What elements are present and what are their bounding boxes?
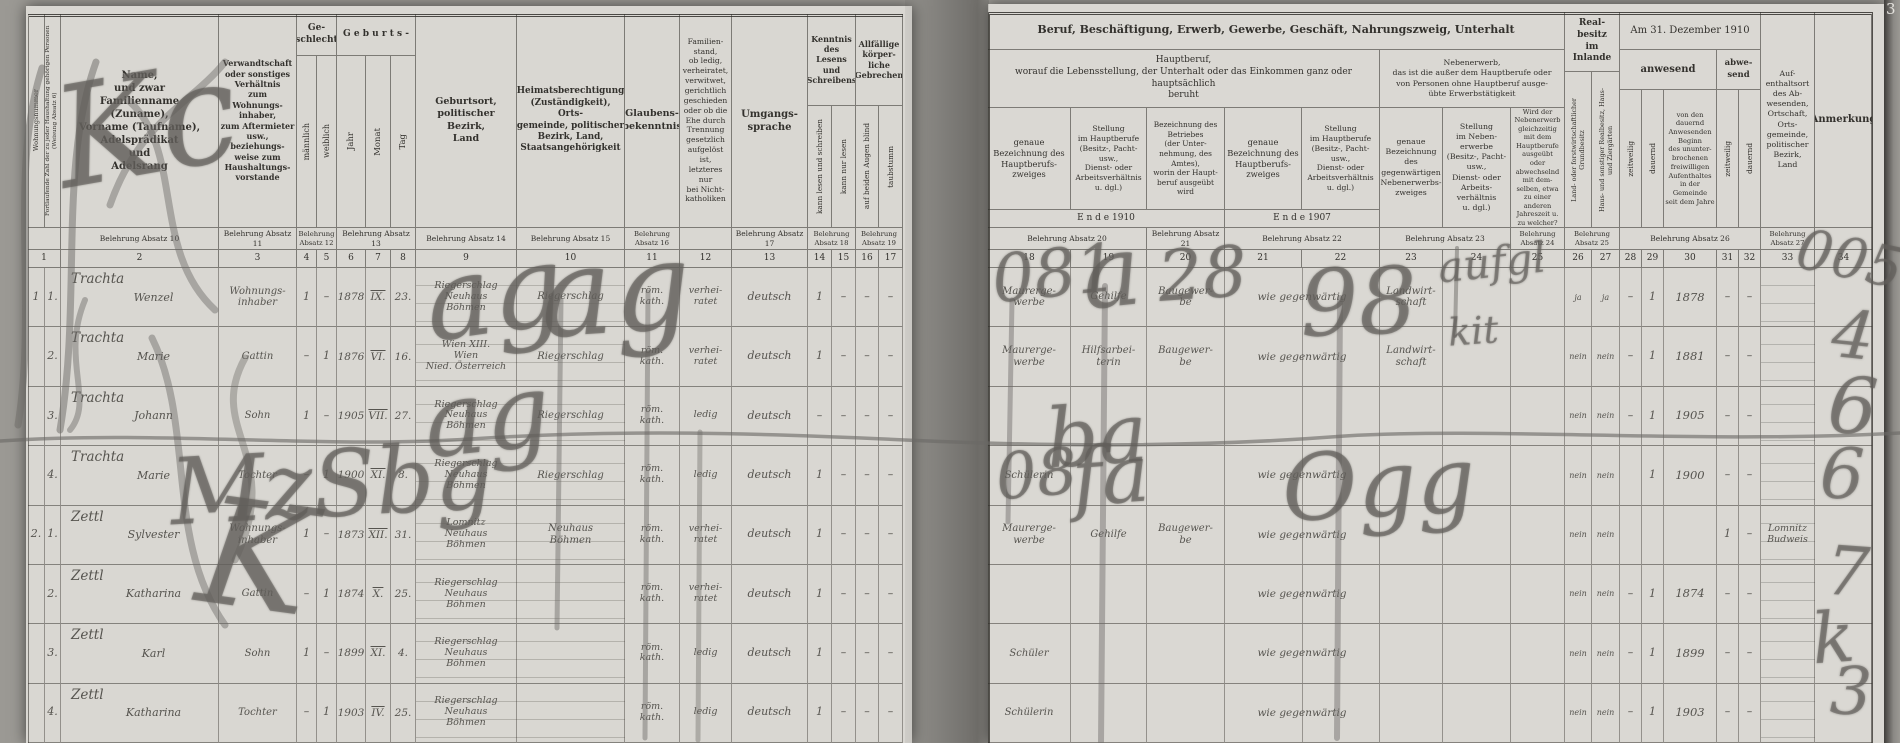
col24-header: Stellung im Neben- erwerbe (Besitz-, Pac… <box>1443 108 1511 228</box>
cell-c18 <box>988 565 1071 624</box>
cell-c18: Schülerin <box>988 446 1071 505</box>
cell-pnr: 2. <box>45 327 61 386</box>
cell-wnr <box>28 684 45 743</box>
col-weiblich-header: weiblich <box>317 56 337 228</box>
belehrung-cell: Belehrung Absatz 23 <box>1380 228 1511 250</box>
familienname: Zettl <box>71 688 218 704</box>
cell-c29: 1 <box>1642 565 1664 624</box>
cell-c16: – <box>856 565 879 624</box>
column-number: 4 <box>297 250 317 268</box>
geburtsmonat: IV. <box>371 707 384 719</box>
col-maennlich-header: männlich <box>297 56 317 228</box>
cell-c29: 1 <box>1642 327 1664 386</box>
cell-c28: – <box>1620 565 1642 624</box>
cell-monat: XII. <box>366 506 391 565</box>
cell-c32: – <box>1739 624 1761 683</box>
cell-c14: 1 <box>808 327 832 386</box>
cell-c33 <box>1761 624 1815 683</box>
cell-c26: nein <box>1565 446 1592 505</box>
cell-verw: Gattin <box>219 327 297 386</box>
cell-pnr: 3. <box>45 624 61 683</box>
cell-c17: – <box>879 327 903 386</box>
cell-stand: verhei- ratet <box>680 506 732 565</box>
col27-header: Haus- und sonstiger Realbesitz, Haus- un… <box>1592 72 1620 228</box>
group-kenntnis-header: Kenntnis des Lesens und Schreibens <box>808 14 856 106</box>
cell-gebort: Riegerschlag Neuhaus Böhmen <box>416 268 517 327</box>
column-number: 31 <box>1717 250 1739 268</box>
belehrung-cell: Belehrung Absatz 13 <box>337 228 416 250</box>
col33-header: Auf- enthaltsort des Ab- wesenden, Ortsc… <box>1761 12 1815 228</box>
column-number: 11 <box>625 250 680 268</box>
geburtsmonat: XI. <box>371 469 386 481</box>
cell-heimat <box>517 624 625 683</box>
cell-stand: ledig <box>680 624 732 683</box>
col-heimatsberechtigung-header: Heimatsberechtigung (Zuständigkeit), Ort… <box>517 14 625 228</box>
familienname: Zettl <box>71 510 218 526</box>
cell-name: ZettlSylvester <box>61 506 219 565</box>
cell-c24 <box>1443 327 1511 386</box>
cell-glauben: röm. kath. <box>625 624 680 683</box>
belehrung-cell: Belehrung Absatz 14 <box>416 228 517 250</box>
column-number: 15 <box>832 250 856 268</box>
cell-c33: Lomnitz Budweis <box>1761 506 1815 565</box>
cell-c31: – <box>1717 387 1739 446</box>
cell-c32: – <box>1739 327 1761 386</box>
cell-c19: Hilfsarbei- terin <box>1071 327 1147 386</box>
vorname: Katharina <box>71 707 218 720</box>
cell-c23 <box>1380 565 1443 624</box>
anwesend-header: anwesend <box>1620 50 1717 90</box>
cell-c24 <box>1443 446 1511 505</box>
cell-jahr: 1905 <box>337 387 366 446</box>
belehrung-cell: Belehrung Absatz 25 <box>1565 228 1620 250</box>
group-geburts-header: G e b u r t s - <box>337 14 416 56</box>
cell-c25 <box>1511 327 1565 386</box>
cell-c30: 1874 <box>1664 565 1717 624</box>
cell-c24 <box>1443 387 1511 446</box>
cell-c2122: wie gegenwärtig <box>1225 268 1380 327</box>
cell-c27: nein <box>1592 506 1620 565</box>
cell-c17: – <box>879 268 903 327</box>
cell-jahr: 1873 <box>337 506 366 565</box>
cell-pnr: 4. <box>45 446 61 505</box>
monat-label: Monat <box>373 128 384 156</box>
col-verwandtschaft-header: Verwandtschaft oder sonstiges Verhältnis… <box>219 14 297 228</box>
cell-c19: Gehilfe <box>1071 506 1147 565</box>
column-number: 16 <box>856 250 879 268</box>
belehrung-cell <box>680 228 732 250</box>
abwesend-dauernd-label: dauernd <box>1745 143 1754 174</box>
cell-c27: nein <box>1592 624 1620 683</box>
belehrung-cell: Belehrung Absatz 26 <box>1620 228 1761 250</box>
belehrung-cell: Belehrung Absatz 17 <box>732 228 808 250</box>
cell-c25 <box>1511 387 1565 446</box>
cell-jahr: 1899 <box>337 624 366 683</box>
cell-c14: – <box>808 387 832 446</box>
vorname: Johann <box>71 410 218 423</box>
cell-c2122 <box>1225 387 1380 446</box>
cell-tag: 8. <box>391 446 416 505</box>
col23-header: genaue Bezeichnung des gegenwärtigen Neb… <box>1380 108 1443 228</box>
vorname: Sylvester <box>71 529 218 542</box>
cell-m: 1 <box>297 506 317 565</box>
page-number: 3 <box>1886 0 1896 18</box>
cell-c14: 1 <box>808 446 832 505</box>
cell-pnr: 3. <box>45 387 61 446</box>
cell-c30: 1903 <box>1664 684 1717 743</box>
cell-tag: 25. <box>391 684 416 743</box>
cell-c34 <box>1815 565 1873 624</box>
col-jahr-header: Jahr <box>337 56 366 228</box>
cell-c16: – <box>856 624 879 683</box>
cell-c26: nein <box>1565 506 1592 565</box>
col32-header: dauernd <box>1739 90 1761 228</box>
belehrung-cell: Belehrung Absatz 18 <box>808 228 856 250</box>
cell-m: – <box>297 327 317 386</box>
column-number: 13 <box>732 250 808 268</box>
cell-tag: 23. <box>391 268 416 327</box>
cell-c19 <box>1071 565 1147 624</box>
anwesend-dauernd-label: dauernd <box>1648 143 1657 174</box>
cell-wnr <box>28 387 45 446</box>
cell-c19 <box>1071 446 1147 505</box>
column-number: 8 <box>391 250 416 268</box>
cell-verw: Tochter <box>219 446 297 505</box>
column-divider <box>1302 387 1303 445</box>
column-number: 33 <box>1761 250 1815 268</box>
cell-glauben: röm. kath. <box>625 327 680 386</box>
belehrung-cell: Belehrung Absatz 12 <box>297 228 337 250</box>
cell-m: 1 <box>297 387 317 446</box>
column-divider <box>1302 327 1303 385</box>
cell-sprache: deutsch <box>732 506 808 565</box>
cell-c30: 1905 <box>1664 387 1717 446</box>
cell-pnr: 1. <box>45 268 61 327</box>
belehrung-cell: Belehrung Absatz 21 <box>1147 228 1225 250</box>
column-divider <box>1302 506 1303 564</box>
cell-wnr <box>28 624 45 683</box>
cell-glauben: röm. kath. <box>625 446 680 505</box>
wohnungsnummer-label: Wohnungsnummer <box>32 89 40 151</box>
column-number: 18 <box>988 250 1071 268</box>
cell-w: 1 <box>317 565 337 624</box>
cell-gebort: Riegerschlag Neuhaus Böhmen <box>416 624 517 683</box>
cell-c14: 1 <box>808 565 832 624</box>
column-number: 17 <box>879 250 903 268</box>
cell-c34 <box>1815 684 1873 743</box>
cell-c30: 1899 <box>1664 624 1717 683</box>
geburtsmonat: VII. <box>368 410 387 422</box>
cell-c14: 1 <box>808 624 832 683</box>
cell-sprache: deutsch <box>732 387 808 446</box>
cell-m: – <box>297 684 317 743</box>
cell-c16: – <box>856 327 879 386</box>
cell-c28: – <box>1620 268 1642 327</box>
cell-c18: Schüler <box>988 624 1071 683</box>
cell-wnr <box>28 565 45 624</box>
ende-1910-header: E n d e 1910 <box>988 210 1225 228</box>
cell-c33 <box>1761 327 1815 386</box>
cell-verw: Sohn <box>219 387 297 446</box>
group-geschlecht-header: Ge- schlecht <box>297 14 337 56</box>
cell-c28 <box>1620 506 1642 565</box>
column-number: 22 <box>1302 250 1380 268</box>
familienname: Trachta <box>71 391 218 407</box>
col-taubstumm-header: taubstumm <box>879 106 903 228</box>
cell-c30: 1881 <box>1664 327 1717 386</box>
cell-c29: 1 <box>1642 387 1664 446</box>
cell-heimat: Riegerschlag <box>517 327 625 386</box>
kann-nur-lesen-label: kann nur lesen <box>839 139 848 194</box>
geburtsmonat: X. <box>373 588 384 600</box>
cell-c24 <box>1443 684 1511 743</box>
familienname: Trachta <box>71 450 218 466</box>
cell-c14: 1 <box>808 268 832 327</box>
column-number: 9 <box>416 250 517 268</box>
cell-c25 <box>1511 446 1565 505</box>
cell-c31: – <box>1717 446 1739 505</box>
cell-c29: 1 <box>1642 268 1664 327</box>
cell-c31: – <box>1717 565 1739 624</box>
cell-heimat <box>517 565 625 624</box>
familienname: Zettl <box>71 628 218 644</box>
cell-c28: – <box>1620 684 1642 743</box>
cell-c32: – <box>1739 446 1761 505</box>
column-number: 3 <box>219 250 297 268</box>
cell-c33 <box>1761 387 1815 446</box>
cell-w: – <box>317 624 337 683</box>
cell-tag: 4. <box>391 624 416 683</box>
cell-wnr: 1 <box>28 268 45 327</box>
column-number: 29 <box>1642 250 1664 268</box>
vorname: Wenzel <box>71 292 218 305</box>
cell-heimat <box>517 684 625 743</box>
cell-c30: 1900 <box>1664 446 1717 505</box>
cell-c27: nein <box>1592 684 1620 743</box>
cell-c2122: wie gegenwärtig <box>1225 684 1380 743</box>
realbesitz-header: Real- besitz im Inlande <box>1565 12 1620 72</box>
cell-c18: Maurerge- werbe <box>988 327 1071 386</box>
vorname: Marie <box>71 470 218 483</box>
beruf-band-header: Beruf, Beschäftigung, Erwerb, Gewerbe, G… <box>988 12 1565 50</box>
cell-w: 1 <box>317 684 337 743</box>
cell-c33 <box>1761 446 1815 505</box>
cell-c20 <box>1147 624 1225 683</box>
cell-c23: Landwirt- schaft <box>1380 268 1443 327</box>
col22-header: Stellung im Hauptberufe (Besitz-, Pacht-… <box>1302 108 1380 210</box>
cell-monat: VII. <box>366 387 391 446</box>
cell-c27: ja <box>1592 268 1620 327</box>
cell-glauben: röm. kath. <box>625 506 680 565</box>
column-number: 20 <box>1147 250 1225 268</box>
personenzahl-label: Fortlaufende Zahl der zu jeder Haushaltu… <box>45 15 59 226</box>
cell-c15: – <box>832 268 856 327</box>
cell-c34 <box>1815 387 1873 446</box>
geburtsmonat: XI. <box>371 647 386 659</box>
cell-c23 <box>1380 624 1443 683</box>
group-gebrechen-header: Allfällige körper- liche Gebrechen <box>856 14 903 106</box>
cell-c20: Baugewer- be <box>1147 268 1225 327</box>
vorname: Katharina <box>71 588 218 601</box>
cell-c31: – <box>1717 624 1739 683</box>
cell-sprache: deutsch <box>732 684 808 743</box>
column-number: 34 <box>1815 250 1873 268</box>
cell-c34 <box>1815 624 1873 683</box>
nebenerwerb-band-header: Nebenerwerb, das ist die außer dem Haupt… <box>1380 50 1565 108</box>
column-number: 19 <box>1071 250 1147 268</box>
cell-gebort: Riegerschlag Neuhaus Böhmen <box>416 565 517 624</box>
column-number: 6 <box>337 250 366 268</box>
cell-gebort: Riegerschlag Neuhaus Böhmen <box>416 684 517 743</box>
cell-c34 <box>1815 268 1873 327</box>
cell-c15: – <box>832 684 856 743</box>
cell-c33 <box>1761 684 1815 743</box>
anwesend-zeitweilig-label: zeitweilig <box>1626 141 1635 177</box>
col-blind-header: auf beiden Augen blind <box>856 106 879 228</box>
cell-pnr: 2. <box>45 565 61 624</box>
cell-c20 <box>1147 684 1225 743</box>
geburtsmonat: VI. <box>370 351 385 363</box>
cell-c23 <box>1380 387 1443 446</box>
column-number: 30 <box>1664 250 1717 268</box>
cell-c16: – <box>856 506 879 565</box>
cell-c16: – <box>856 684 879 743</box>
col21-header: genaue Bezeichnung des Hauptberufs- zwei… <box>1225 108 1302 210</box>
cell-c15: – <box>832 387 856 446</box>
cell-c31: 1 <box>1717 506 1739 565</box>
col18-header: genaue Bezeichnung des Hauptberufs- zwei… <box>988 108 1071 210</box>
cell-c26: nein <box>1565 387 1592 446</box>
cell-c19 <box>1071 684 1147 743</box>
cell-verw: Sohn <box>219 624 297 683</box>
cell-name: TrachtaWenzel <box>61 268 219 327</box>
jahr-label: Jahr <box>346 132 357 150</box>
cell-c2122: wie gegenwärtig <box>1225 624 1380 683</box>
cell-c2122: wie gegenwärtig <box>1225 506 1380 565</box>
census-sheet-scan: Wohnungsnummer Fortlaufende Zahl der zu … <box>0 0 1900 743</box>
cell-stand: verhei- ratet <box>680 327 732 386</box>
cell-c29: 1 <box>1642 624 1664 683</box>
cell-c18 <box>988 387 1071 446</box>
cell-gebort: Wien XIII. Wien Nied. Österreich <box>416 327 517 386</box>
cell-sprache: deutsch <box>732 268 808 327</box>
col-name-header: Name, und zwar Familienname (Zuname), Vo… <box>61 14 219 228</box>
cell-stand: ledig <box>680 387 732 446</box>
cell-name: ZettlKatharina <box>61 565 219 624</box>
cell-c23 <box>1380 446 1443 505</box>
blind-label: auf beiden Augen blind <box>862 123 871 209</box>
col-glaubensbekenntnis-header: Glaubens- bekenntnis <box>625 14 680 228</box>
cell-c26: nein <box>1565 624 1592 683</box>
cell-heimat: Neuhaus Böhmen <box>517 506 625 565</box>
cell-c23: Landwirt- schaft <box>1380 327 1443 386</box>
cell-c28: – <box>1620 327 1642 386</box>
cell-c27: nein <box>1592 565 1620 624</box>
cell-c26: ja <box>1565 268 1592 327</box>
taubstumm-label: taubstumm <box>886 146 895 188</box>
column-divider <box>1302 565 1303 623</box>
column-number: 23 <box>1380 250 1443 268</box>
cell-c30: 1878 <box>1664 268 1717 327</box>
cell-c29: 1 <box>1642 446 1664 505</box>
scan-right-edge <box>1884 0 1900 743</box>
cell-gebort: Lomnitz Neuhaus Böhmen <box>416 506 517 565</box>
column-divider <box>1302 684 1303 742</box>
weiblich-label: weiblich <box>322 124 332 158</box>
cell-name: TrachtaMarie <box>61 446 219 505</box>
cell-c14: 1 <box>808 506 832 565</box>
column-number: 25 <box>1511 250 1565 268</box>
cell-w: 1 <box>317 446 337 505</box>
cell-stand: ledig <box>680 446 732 505</box>
belehrung-cell: Belehrung Absatz 27 <box>1761 228 1815 250</box>
cell-m: – <box>297 446 317 505</box>
column-number: 2 <box>61 250 219 268</box>
col-kann-nur-lesen-header: kann nur lesen <box>832 106 856 228</box>
cell-c29 <box>1642 506 1664 565</box>
cell-c15: – <box>832 446 856 505</box>
cell-c32: – <box>1739 684 1761 743</box>
cell-monat: X. <box>366 565 391 624</box>
familienname: Trachta <box>71 331 218 347</box>
column-number: 5 <box>317 250 337 268</box>
col20-header: Bezeichnung des Betriebes (der Unter- ne… <box>1147 108 1225 210</box>
cell-c34 <box>1815 446 1873 505</box>
col26-header: Land- oder forstwirtschaftlicher Grundbe… <box>1565 72 1592 228</box>
ende-1907-header: E n d e 1907 <box>1225 210 1380 228</box>
column-number: 28 <box>1620 250 1642 268</box>
col29-header: dauernd <box>1642 90 1664 228</box>
page-right: Beruf, Beschäftigung, Erwerb, Gewerbe, G… <box>988 4 1884 743</box>
cell-c30 <box>1664 506 1717 565</box>
cell-c25 <box>1511 684 1565 743</box>
cell-c15: – <box>832 565 856 624</box>
cell-m: 1 <box>297 624 317 683</box>
hauptberuf-band-header: Hauptberuf, worauf die Lebensstellung, d… <box>988 50 1380 108</box>
column-number: 26 <box>1565 250 1592 268</box>
cell-c32: – <box>1739 268 1761 327</box>
cell-c18: Maurerge- werbe <box>988 506 1071 565</box>
realbesitz-label: Haus- und sonstiger Realbesitz, Haus- un… <box>1598 88 1614 212</box>
cell-w: – <box>317 387 337 446</box>
cell-c31: – <box>1717 684 1739 743</box>
cell-monat: XI. <box>366 624 391 683</box>
cell-c20: Baugewer- be <box>1147 327 1225 386</box>
cell-c2122: wie gegenwärtig <box>1225 565 1380 624</box>
cell-heimat: Riegerschlag <box>517 446 625 505</box>
cell-c31: – <box>1717 268 1739 327</box>
cell-c26: nein <box>1565 327 1592 386</box>
belehrung-cell <box>28 228 61 250</box>
col28-header: zeitweilig <box>1620 90 1642 228</box>
abwesend-header: abwe- send <box>1717 50 1761 90</box>
col19-header: Stellung im Hauptberufe (Besitz-, Pacht-… <box>1071 108 1147 210</box>
cell-verw: Gattin <box>219 565 297 624</box>
col-personenzahl-header: Fortlaufende Zahl der zu jeder Haushaltu… <box>45 14 61 228</box>
cell-tag: 25. <box>391 565 416 624</box>
col-wohnungsnummer-header: Wohnungsnummer <box>28 14 45 228</box>
belehrung-cell: Belehrung Absatz 19 <box>856 228 903 250</box>
cell-stand: verhei- ratet <box>680 268 732 327</box>
col-umgangssprache-header: Umgangs- sprache <box>732 14 808 228</box>
page-left: Wohnungsnummer Fortlaufende Zahl der zu … <box>26 6 912 743</box>
column-number: 27 <box>1592 250 1620 268</box>
cell-c34 <box>1815 327 1873 386</box>
cell-jahr: 1874 <box>337 565 366 624</box>
column-number: 24 <box>1443 250 1511 268</box>
cell-c26: nein <box>1565 565 1592 624</box>
cell-c20 <box>1147 446 1225 505</box>
